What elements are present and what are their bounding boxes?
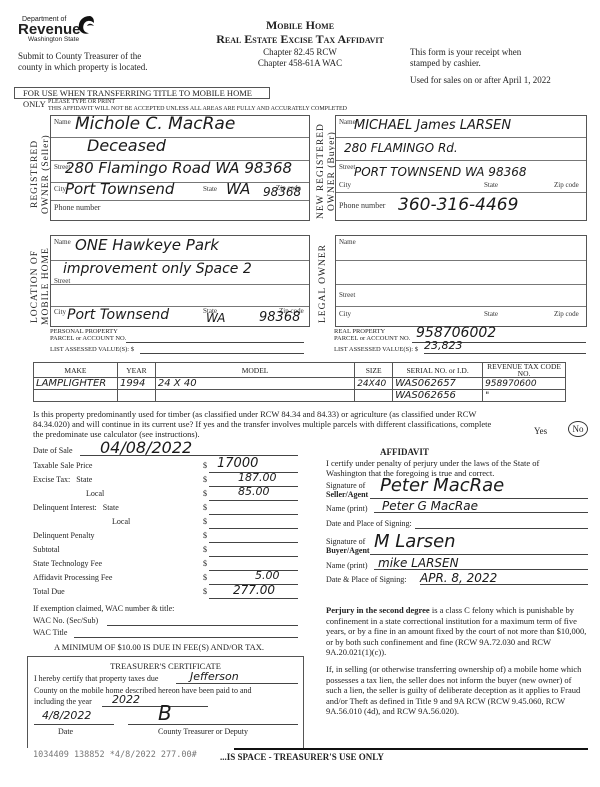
dor-logo: Department of Revenue Washington State — [18, 14, 108, 44]
submit-instruction-1: Submit to County Treasurer of the — [18, 51, 141, 61]
please-type: PLEASE TYPE OR PRINT — [48, 99, 115, 105]
real-assessed-field[interactable]: 23,823 — [424, 346, 586, 354]
seller-phone-row[interactable]: Phone number — [51, 201, 309, 221]
seller-name: Michole C. MacRae — [75, 114, 235, 134]
treasurer-date-label: Date — [58, 727, 73, 736]
buyer-print-label: Name (print) — [326, 561, 368, 570]
treasurer-line2: County on the mobile home described here… — [34, 686, 252, 695]
tax-lien-notice: If, in selling (or otherwise transferrin… — [326, 664, 588, 717]
cashier-stamp: 1034409 138852 *4/8/2022 277.00# — [33, 750, 197, 760]
form-title-line1: Mobile Home — [170, 18, 430, 33]
seller-date-label: Date and Place of Signing: — [326, 519, 412, 528]
legal-owner-city-row[interactable]: City State Zip code — [336, 307, 586, 327]
table-row[interactable]: WAS062656 " — [34, 390, 566, 402]
seller-signature-field[interactable]: Peter MacRae — [370, 487, 588, 499]
treasurer-signature-label: County Treasurer or Deputy — [158, 727, 248, 736]
personal-assessed-field[interactable] — [140, 346, 304, 354]
personal-parcel-field[interactable] — [126, 335, 304, 343]
treasurer-signature-field[interactable]: B — [128, 711, 298, 725]
acceptance-warning: THIS AFFIDAVIT WILL NOT BE ACCEPTED UNLE… — [48, 106, 347, 112]
treasurer-line3: including the year — [34, 697, 92, 706]
transfer-notice-box: FOR USE WHEN TRANSFERRING TITLE TO MOBIL… — [14, 87, 270, 99]
perjury-notice: Perjury in the second degree is a class … — [326, 605, 588, 658]
real-parcel-label: REAL PROPERTY PARCEL or ACCOUNT NO. — [334, 328, 410, 342]
fee-delinquent-local[interactable]: Local $ — [33, 517, 298, 531]
fee-excise-local[interactable]: Local $ 85.00 — [33, 489, 298, 503]
legal-owner-section-label: LEGAL OWNER — [318, 240, 329, 328]
seller-date-field[interactable] — [415, 519, 588, 529]
location-city-row[interactable]: City Port Townsend State WA Zip code 983… — [51, 307, 309, 327]
treasurer-space-rule — [234, 748, 588, 750]
buyer-street: PORT TOWNSEND WA 98368 — [354, 165, 526, 179]
submit-instruction-2: county in which property is located. — [18, 62, 147, 72]
table-header-row: MAKE YEAR MODEL SIZE SERIAL NO. or I.D. … — [34, 363, 566, 378]
fee-total-due[interactable]: Total Due $ 277.00 — [33, 587, 298, 601]
treasurer-title: TREASURER'S CERTIFICATE — [28, 661, 303, 671]
buyer-name-line2: 280 FLAMINGO Rd. — [344, 141, 458, 155]
location-name: ONE Hawkeye Park — [75, 236, 219, 254]
buyer-box: Name MICHAEL James LARSEN 280 FLAMINGO R… — [335, 115, 587, 221]
location-box: Name ONE Hawkeye Park improvement only S… — [50, 235, 310, 327]
date-of-sale-field[interactable]: 04/08/2022 — [80, 444, 298, 456]
exemption-label: If exemption claimed, WAC number & title… — [33, 604, 174, 613]
timber-no-option[interactable]: No — [568, 421, 588, 437]
buyer-street-row[interactable]: Street PORT TOWNSEND WA 98368 City State… — [336, 161, 586, 193]
logo-state-text: Washington State — [28, 36, 79, 43]
mobile-home-table: MAKE YEAR MODEL SIZE SERIAL NO. or I.D. … — [33, 362, 566, 402]
timber-question: Is this property predominantly used for … — [33, 409, 493, 439]
buyer-sig-label: Signature of Buyer/Agent — [326, 537, 370, 555]
real-assessed-label: LIST ASSESSED VALUE(S): $ — [334, 346, 418, 353]
treasurer-certificate-box: TREASURER'S CERTIFICATE I hereby certify… — [27, 656, 304, 748]
buyer-date-label: Date & Place of Signing: — [326, 575, 406, 584]
seller-name-line2-row[interactable]: Deceased — [51, 138, 309, 161]
seller-zip: 98368 — [263, 185, 301, 199]
fee-delinquent-penalty[interactable]: Delinquent Penalty $ — [33, 531, 298, 545]
table-row[interactable]: LAMPLIGHTER 1994 24 X 40 24X40 WAS062657… — [34, 378, 566, 390]
timber-yes-option[interactable]: Yes — [534, 426, 547, 436]
location-name-row[interactable]: Name ONE Hawkeye Park — [51, 236, 309, 261]
buyer-phone: 360-316-4469 — [398, 195, 518, 215]
date-of-sale-label: Date of Sale — [33, 446, 73, 455]
seller-print-field[interactable]: Peter G MacRae — [374, 503, 588, 513]
buyer-signature-field[interactable]: M Larsen — [370, 543, 588, 555]
chapter-rcw: Chapter 82.45 RCW — [220, 47, 380, 57]
fee-subtotal[interactable]: Subtotal $ — [33, 545, 298, 559]
wac-no-field[interactable] — [107, 616, 298, 626]
fee-delinquent-state[interactable]: Delinquent Interest: State $ — [33, 503, 298, 517]
minimum-due-note: A MINIMUM OF $10.00 IS DUE IN FEE(S) AND… — [54, 642, 264, 652]
location-zip: 98368 — [259, 310, 300, 325]
location-city: Port Townsend — [67, 307, 169, 323]
seller-name-line2: Deceased — [87, 136, 166, 155]
treasurer-county-field[interactable]: Jefferson — [176, 674, 298, 684]
receipt-note-1: This form is your receipt when — [410, 47, 521, 57]
location-name-line2: improvement only Space 2 — [63, 261, 252, 277]
treasurer-year-field[interactable]: 2022 — [102, 697, 208, 707]
seller-city-row[interactable]: City Port Townsend State WA Zip code 983… — [51, 183, 309, 201]
treasurer-date-field[interactable]: 4/8/2022 — [34, 711, 114, 725]
buyer-date-field[interactable]: APR. 8, 2022 — [420, 575, 588, 585]
wac-no-label: WAC No. (Sec/Sub) — [33, 616, 98, 625]
treasurer-line1: I hereby certify that property taxes due — [34, 674, 158, 683]
seller-city: Port Townsend — [65, 180, 174, 198]
buyer-name-row[interactable]: Name MICHAEL James LARSEN — [336, 116, 586, 138]
buyer-name: MICHAEL James LARSEN — [354, 118, 511, 133]
affidavit-title: AFFIDAVIT — [380, 447, 429, 457]
buyer-name-line2-row[interactable]: 280 FLAMINGO Rd. — [336, 138, 586, 161]
receipt-note-2: stamped by cashier. — [410, 58, 481, 68]
chapter-wac: Chapter 458-61A WAC — [220, 58, 380, 68]
seller-sig-label: Signature of Seller/Agent — [326, 481, 368, 499]
location-name-line2-row[interactable]: improvement only Space 2 — [51, 261, 309, 285]
seller-print-label: Name (print) — [326, 504, 368, 513]
buyer-phone-row[interactable]: Phone number 360-316-4469 — [336, 193, 586, 221]
legal-owner-name-row[interactable]: Name — [336, 236, 586, 261]
logo-revenue-text: Revenue — [18, 23, 81, 36]
location-street-row[interactable]: Street — [51, 285, 309, 307]
buyer-print-field[interactable]: mike LARSEN — [374, 560, 588, 570]
location-section-label: LOCATION OFMOBILE HOME — [30, 238, 52, 334]
legal-owner-box: Name Street City State Zip code — [335, 235, 587, 327]
wac-title-label: WAC Title — [33, 628, 67, 637]
form-title-line2: Real Estate Excise Tax Affidavit — [150, 32, 450, 47]
treasurer-use-only-label: ...IS SPACE - TREASURER'S USE ONLY — [220, 752, 384, 762]
legal-owner-name-line2-row[interactable] — [336, 261, 586, 285]
seller-state: WA — [226, 180, 250, 198]
seller-section-label: REGISTEREDOWNER (Seller) — [30, 120, 52, 228]
seller-box: Name Michole C. MacRae Deceased Street 2… — [50, 115, 310, 221]
seller-street: 280 Flamingo Road WA 98368 — [65, 159, 292, 177]
dor-swirl-icon — [76, 14, 96, 36]
seller-name-row[interactable]: Name Michole C. MacRae — [51, 116, 309, 138]
personal-assessed-label: LIST ASSESSED VALUE(S): $ — [50, 346, 134, 353]
location-state: WA — [206, 311, 225, 325]
legal-owner-street-row[interactable]: Street — [336, 285, 586, 307]
personal-parcel-label: PERSONAL PROPERTY PARCEL or ACCOUNT NO. — [50, 328, 126, 342]
used-for-date: Used for sales on or after April 1, 2022 — [410, 75, 551, 85]
wac-title-field[interactable] — [74, 628, 298, 638]
